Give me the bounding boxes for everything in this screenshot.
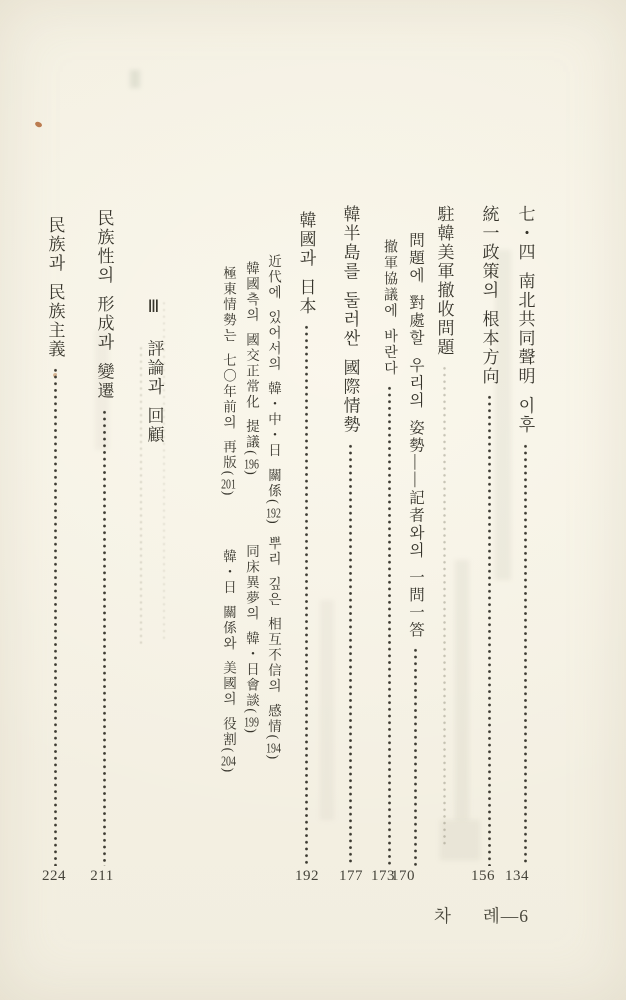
dotted-leader [388, 385, 391, 867]
paper-smudge [320, 600, 334, 820]
book-page: 七・四 南北共同聲明 이후134統一政策의 根本方向156駐韓美軍撤收問題問題에… [0, 0, 626, 1000]
toc-entry-text: Ⅲ 評論과 回顧 [142, 297, 167, 445]
dotted-leader [524, 443, 527, 867]
ink-speck [34, 120, 43, 128]
footer-page-indicator: 례—6 [483, 903, 529, 928]
toc-entry-text: 駐韓美軍撤收問題 [432, 205, 457, 357]
toc-entry-text: 韓國과 日本 [294, 211, 319, 316]
toc-entry-text: 同床異夢의 韓・日會談(199) [241, 544, 261, 735]
dotted-leader [414, 647, 417, 866]
toc-entry-text: 民族과 民族主義 [43, 216, 68, 359]
toc-entry: 問題에 對處할 우리의 姿勢——記者와의 一問一答 [403, 232, 427, 866]
dotted-leader [488, 394, 491, 866]
toc-entry-text: 七・四 南北共同聲明 이후 [513, 205, 538, 435]
toc-entry-text: 韓國측의 國交正常化 提議(196) [241, 261, 261, 477]
toc-entry-text: 韓・日 關係와 美國의 役割(204) [218, 549, 238, 774]
dotted-leader [305, 324, 308, 866]
toc-entry: 近代에 있어서의 韓・中・日 關係(192) [261, 254, 285, 526]
toc-entry: 韓半島를 둘러싼 國際情勢 [338, 205, 362, 866]
toc-entry: 韓國과 日本 [294, 211, 318, 866]
toc-entry-text: 韓半島를 둘러싼 國際情勢 [338, 205, 363, 435]
toc-entry-text: 統一政策의 根本方向 [477, 205, 502, 386]
toc-entry: 民族과 民族主義 [43, 216, 67, 866]
toc-entry-text: 問題에 對處할 우리의 姿勢——記者와의 一問一答 [404, 232, 426, 639]
dotted-leader [54, 367, 57, 866]
inline-page-number: 194 [266, 741, 281, 755]
toc-entry: 統一政策의 根本方向 [477, 205, 501, 866]
toc-entry: 駐韓美軍撤收問題 [432, 205, 456, 846]
toc-entry-text: 極東情勢는 七〇年前의 再版(201) [218, 266, 238, 497]
toc-entry: 七・四 南北共同聲明 이후 [513, 205, 537, 866]
toc-entry-text: 近代에 있어서의 韓・中・日 關係(192) [263, 254, 283, 526]
toc-entry: 韓・日 關係와 美國의 役割(204) [216, 549, 240, 774]
toc-entry-text: 뿌리 깊은 相互不信의 感情(194) [263, 536, 283, 761]
toc-entry: 極東情勢는 七〇年前의 再版(201) [216, 266, 240, 497]
toc-entry: 뿌리 깊은 相互不信의 感情(194) [261, 536, 285, 761]
toc-entry: 撤軍協議에 바란다 [377, 239, 401, 866]
toc-entry: 同床異夢의 韓・日會談(199) [239, 544, 263, 735]
toc-entry-text: 撤軍協議에 바란다 [379, 239, 399, 377]
toc-page-number: 156 [461, 868, 505, 885]
page-footer: 차 례—6 [434, 903, 529, 928]
inline-page-number: 196 [244, 457, 259, 471]
dotted-leader [443, 365, 446, 846]
toc-page-number: 224 [32, 868, 76, 885]
toc-entry-text: 民族性의 形成과 變遷 [92, 209, 117, 401]
toc-page-number: 177 [329, 868, 373, 885]
inline-page-number: 204 [221, 754, 236, 768]
dotted-leader [103, 409, 106, 867]
inline-page-number: 199 [244, 715, 259, 729]
toc-page-number: 211 [80, 868, 124, 885]
footer-title: 차 [434, 903, 452, 928]
toc-entry: 民族性의 形成과 變遷 [92, 209, 116, 866]
toc-entry: 韓國측의 國交正常化 提議(196) [239, 261, 263, 477]
toc-page-number: 192 [285, 868, 329, 885]
toc-section-header: Ⅲ 評論과 回顧 [142, 297, 166, 445]
paper-smudge [455, 560, 469, 820]
inline-page-number: 192 [266, 506, 281, 520]
paper-smudge [130, 70, 140, 88]
inline-page-number: 201 [221, 477, 236, 491]
dotted-leader [349, 443, 352, 867]
